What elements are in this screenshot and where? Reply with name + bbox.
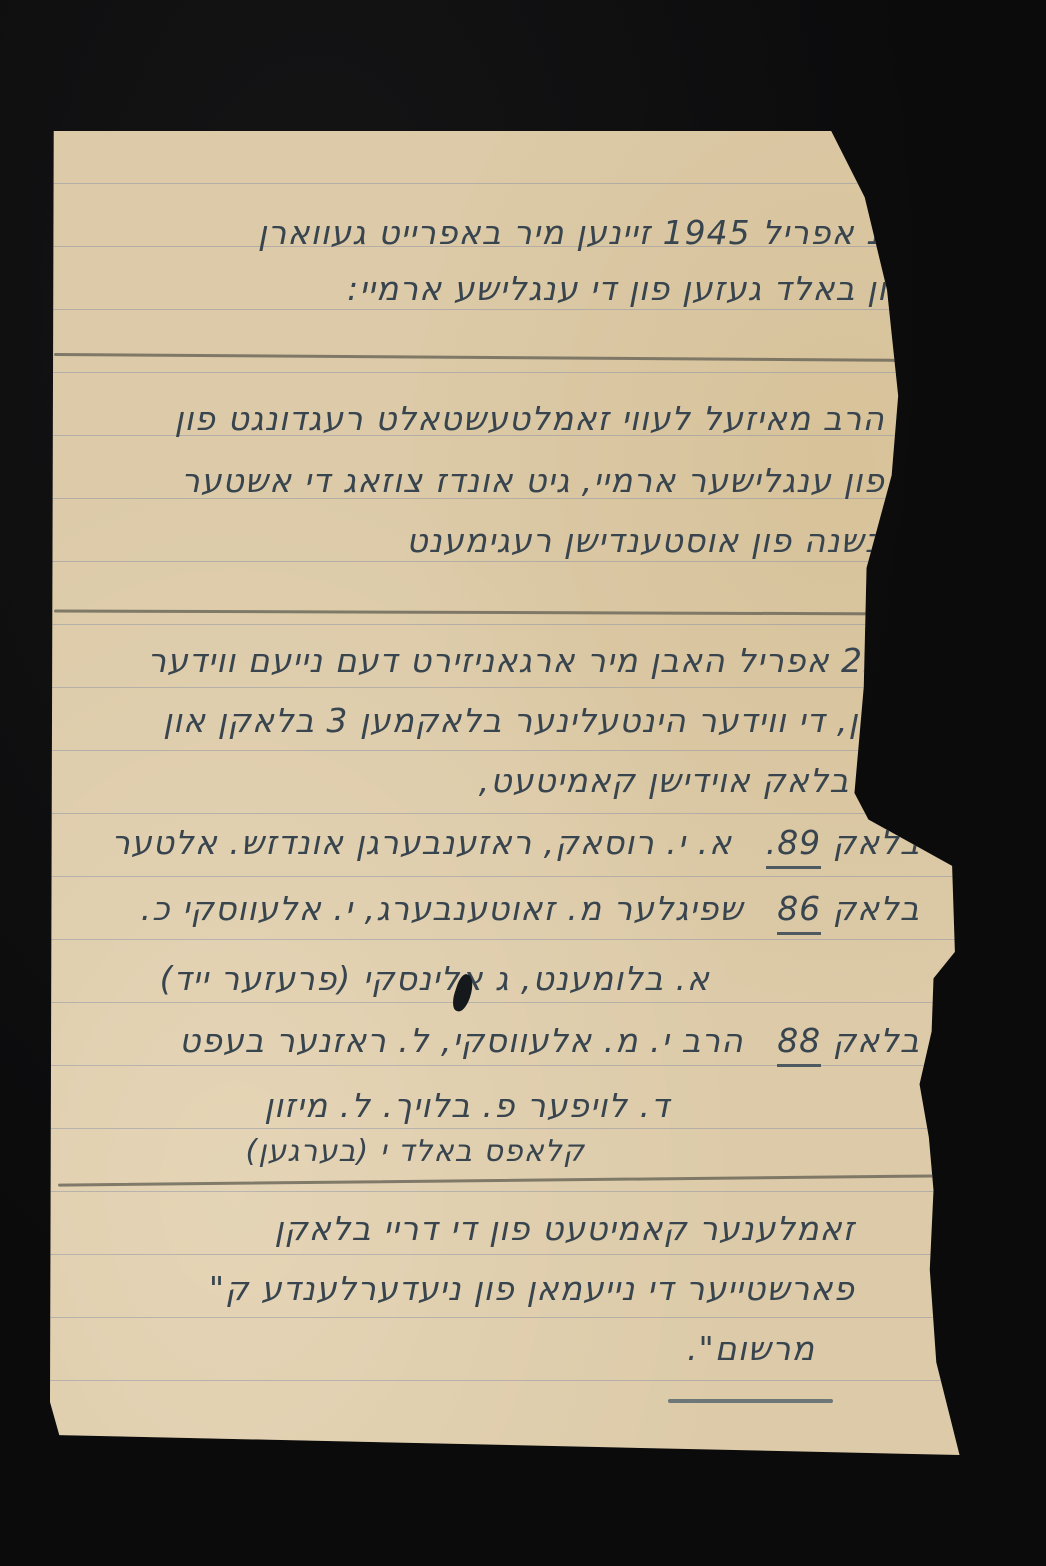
ruled-line (50, 1002, 980, 1003)
block-label: בלאק (833, 889, 920, 928)
section-2-line-1: הרב מאיזעל לעווי זאמלטעשטאלט רעגדונגט פו… (174, 399, 885, 438)
block-89-entry: בלאק 89. א. י. רוסאק, ראזענבערגן אונדזש.… (111, 823, 920, 869)
signature-underline (668, 1399, 833, 1403)
ruled-line (50, 813, 980, 814)
ruled-line (50, 750, 980, 751)
ruled-line (50, 1317, 980, 1318)
block-number: 88 (777, 1021, 821, 1067)
section-4-line-3: מרשום". (687, 1329, 815, 1368)
block-86-entry: בלאק 86 שפיגלער מ. זאוטענבערג, י. אלעווס… (141, 889, 920, 935)
ruled-line (50, 876, 980, 877)
section-1-line-1: 15 אפריל 1945 זיינען מיר באפרייט געווארן (258, 213, 910, 252)
block-88-entry: בלאק 88 הרב י. מ. אלעווסקי, ל. ראזנער בע… (179, 1021, 920, 1067)
ruled-line (50, 561, 980, 562)
ruled-line (50, 939, 980, 940)
section-3-line-1: 25 אפריל האבן מיר ארגאניזירט דעם נייעם ו… (148, 641, 886, 680)
ruled-line (50, 1254, 980, 1255)
block-number: 89. (766, 823, 822, 869)
block-names: א. י. רוסאק, ראזענבערגן אונדזש. אלטער (111, 823, 732, 862)
section-divider (58, 1174, 938, 1186)
section-divider (54, 353, 934, 362)
block-names: שפיגלער מ. זאוטענבערג, י. אלעווסקי כ. (141, 889, 744, 928)
block-names: הרב י. מ. אלעווסקי, ל. ראזנער בעפט (179, 1021, 744, 1060)
block-88-continuation-1: ד. לויפער פ. בלויך. ל. מיזון (264, 1086, 670, 1125)
section-4-line-2: פארשטייער די נייעמאן פון ניעדערלענדע ק" (209, 1269, 855, 1308)
ruled-line (50, 309, 980, 310)
block-number: 86 (777, 889, 821, 935)
ruled-line (50, 1128, 980, 1129)
ruled-line (50, 1191, 980, 1192)
ruled-line (50, 1380, 980, 1381)
section-1-line-2: און באלד געזען פון די ענגלישע ארמיי: (347, 269, 910, 308)
section-divider (54, 609, 934, 615)
letter-page: 15 אפריל 1945 זיינען מיר באפרייט געווארן… (50, 131, 980, 1455)
ruled-line (50, 687, 980, 688)
section-2-line-2: פון ענגלישער ארמיי, גיט אונדז צוזאג די א… (181, 461, 885, 500)
ruled-line (50, 372, 980, 373)
block-label: בלאק (833, 1021, 920, 1060)
ruled-line (50, 183, 980, 184)
section-3-line-3: יעדן בלאק אוידישן קאמיטעט, (479, 761, 920, 800)
block-88-continuation-2: קלאפס באלד י (בערגען) (245, 1134, 585, 1169)
section-2-line-3: בשנה פון אוסטענדישן רעגימענט (406, 521, 885, 560)
section-3-line-2: לעבן, די ווידער הינטעלינער בלאקמען 3 בלא… (163, 701, 920, 740)
ruled-line (50, 624, 980, 625)
section-4-line-1: זאמלענער קאמיטעט פון די דריי בלאקן (274, 1209, 855, 1248)
block-86-continuation: א. בלומענט, ג אלינסקי (פרעזער ייד) (160, 959, 710, 998)
